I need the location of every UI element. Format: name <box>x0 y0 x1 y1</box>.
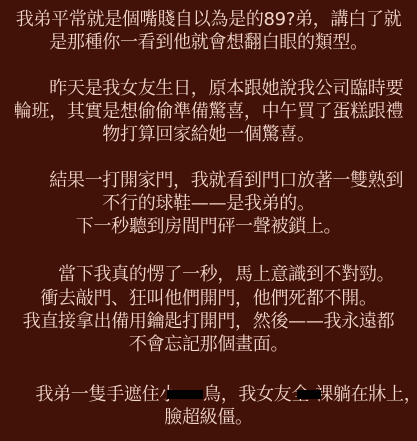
story-line: 不行的球鞋——是我弟的。 <box>0 193 417 215</box>
redaction-bar <box>297 390 321 399</box>
redaction-bar <box>167 390 203 399</box>
story-text-segment: 我弟一隻手遮住小 <box>0 384 177 405</box>
story-line: 我弟平常就是個嘴賤自以為是的89?弟，講白了就 <box>0 9 417 31</box>
story-line: 不會忘記那個畫面。 <box>0 334 417 356</box>
story-line: 臉超級僵。 <box>0 407 417 429</box>
story-text-segment: 鳥，我女友全 <box>203 384 309 405</box>
story-line: 昨天是我女友生日，原本跟她說我公司臨時要 <box>0 78 417 100</box>
story-text: 我弟平常就是個嘴賤自以為是的89?弟，講白了就 是那種你一看到他就會想翻白眼的類… <box>0 0 417 441</box>
story-line: 當下我真的愣了一秒，馬上意識到不對勁。 <box>0 264 417 286</box>
story-line: 下一秒聽到房間門砰一聲被鎖上。 <box>0 216 417 238</box>
story-line: 輪班，其實是想偷偷準備驚喜，中午買了蛋糕跟禮 <box>0 101 417 123</box>
story-line: 結果一打開家門，我就看到門口放著一雙熟到 <box>0 170 417 192</box>
story-line: 物打算回家給她一個驚喜。 <box>0 124 417 146</box>
story-line: 是那種你一看到他就會想翻白眼的類型。 <box>0 32 417 54</box>
story-text-segment: 裸躺在牀上， <box>315 384 417 405</box>
story-line: 衝去敲門、狂叫他們開門，他們死都不開。 <box>0 288 417 310</box>
story-line: 我直接拿出備用鑰匙打開門，然後——我永遠都 <box>0 311 417 333</box>
story-line: 我弟一隻手遮住小鳥，我女友全裸躺在牀上， <box>0 384 417 406</box>
